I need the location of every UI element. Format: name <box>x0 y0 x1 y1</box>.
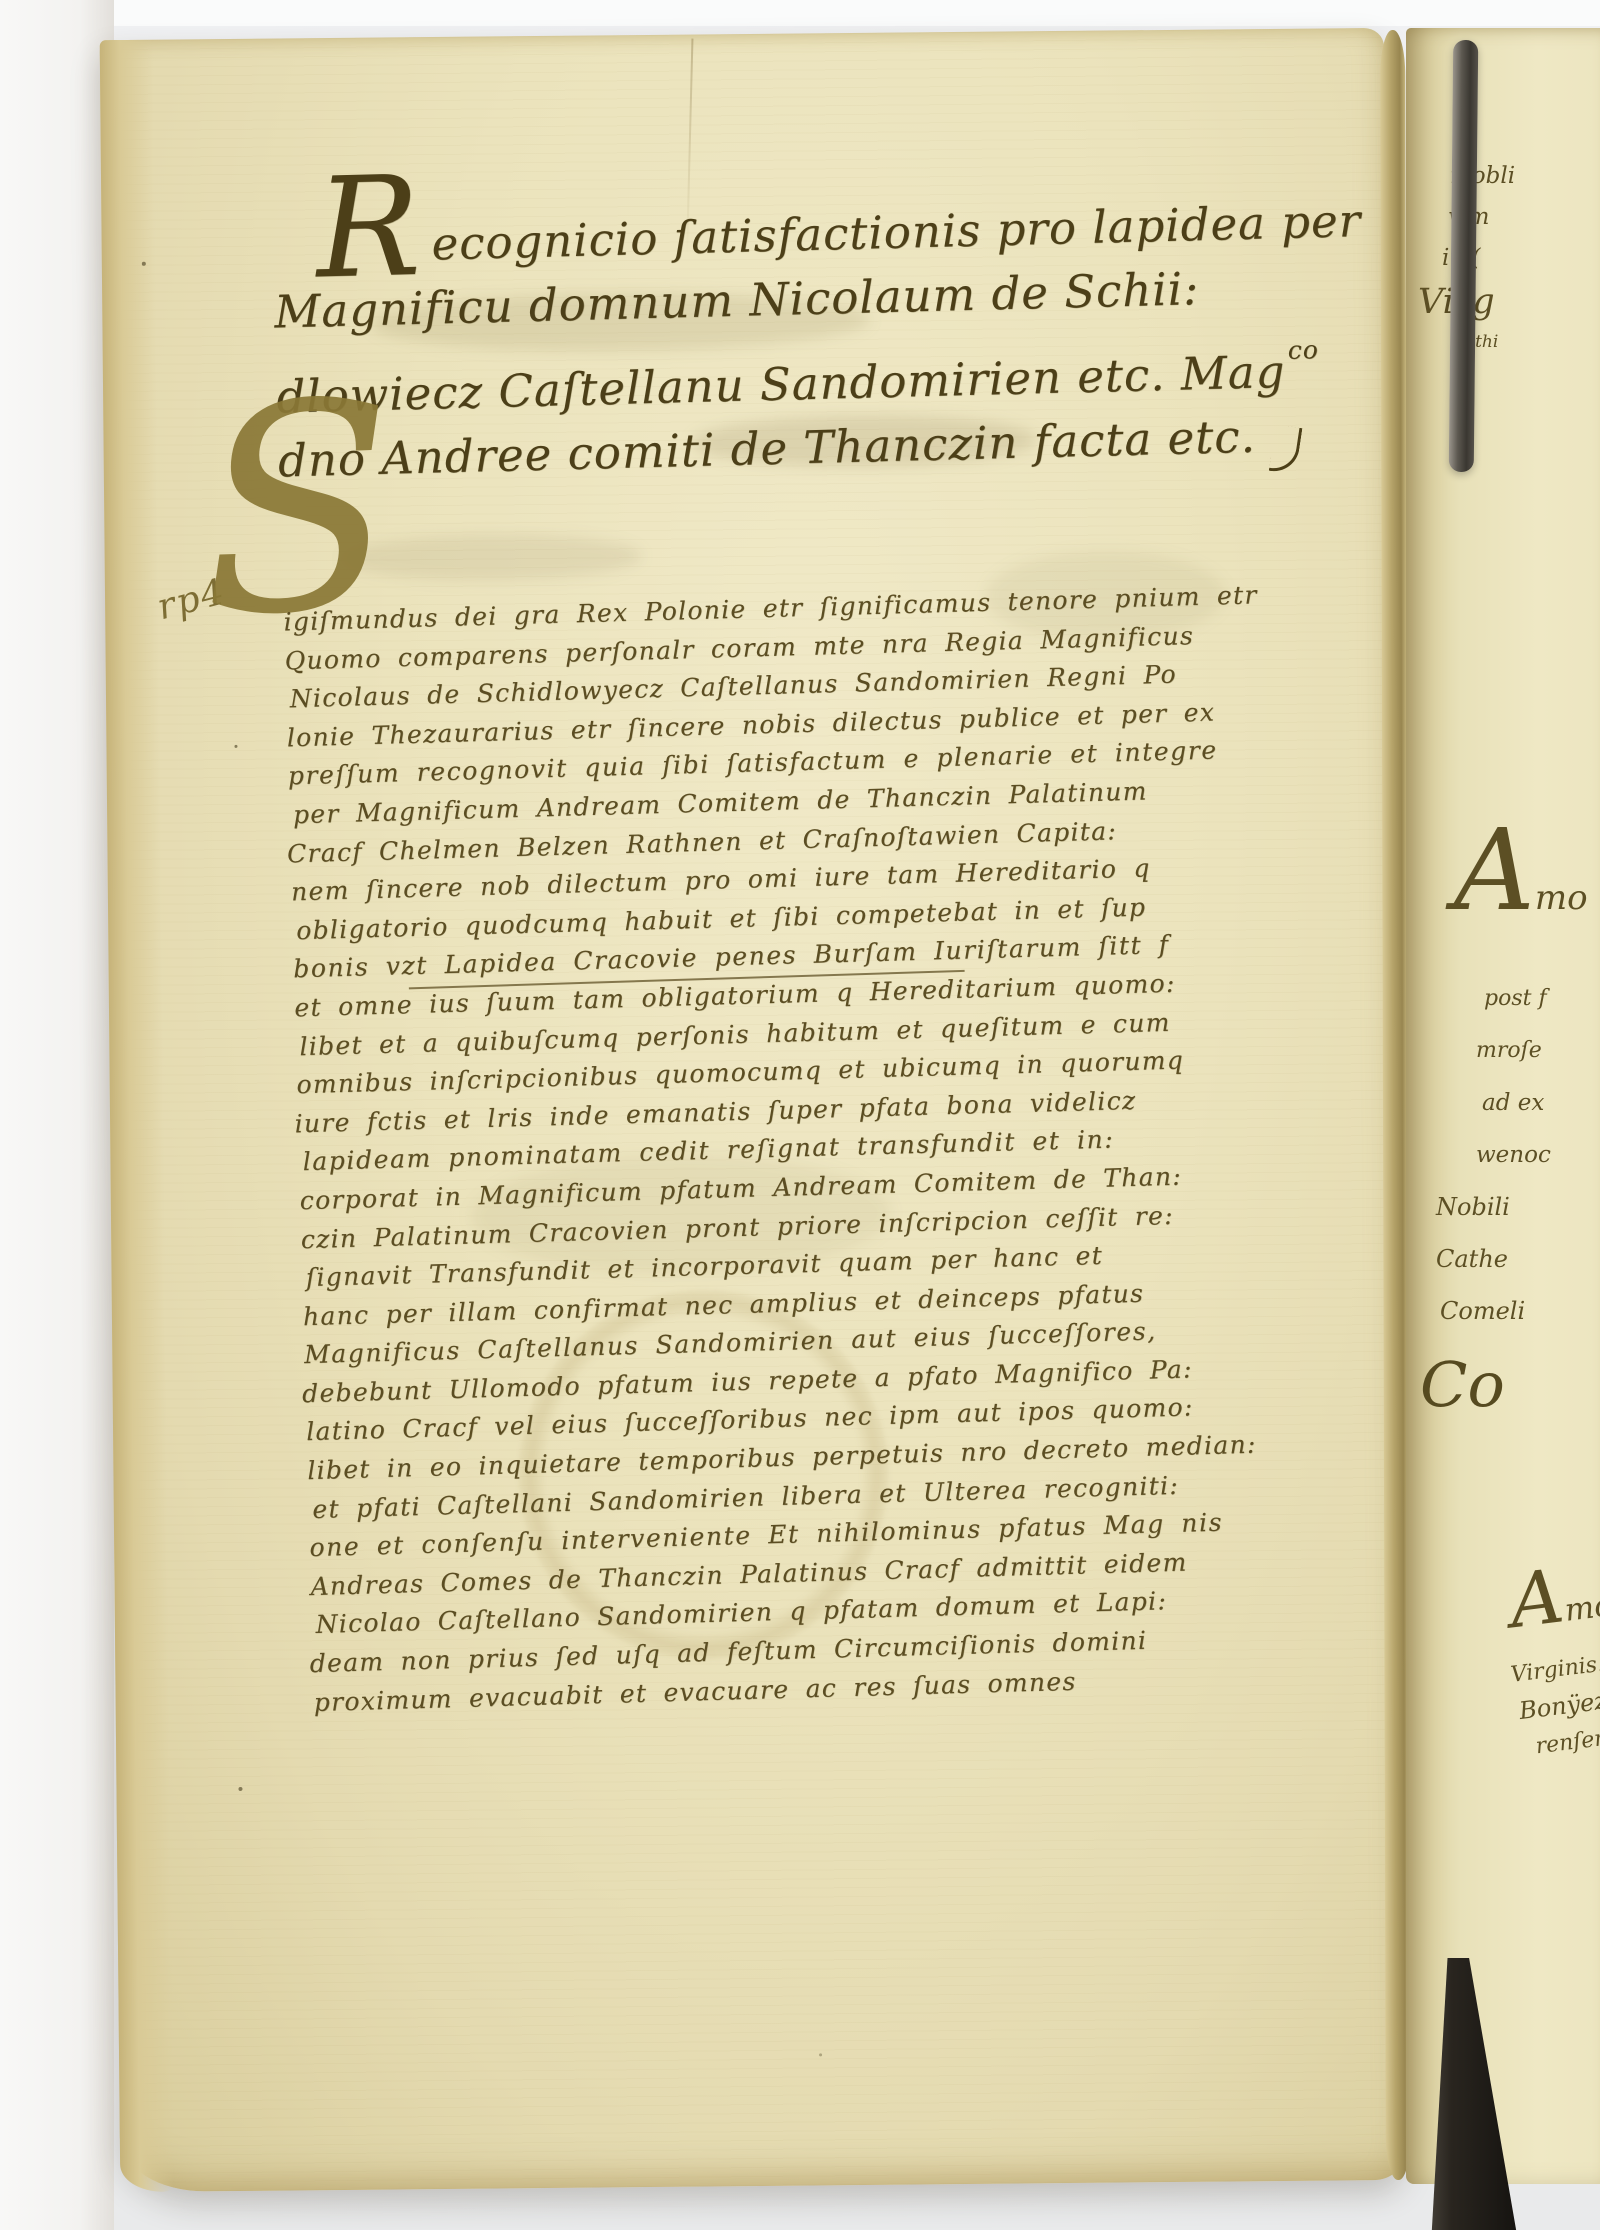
facing-page-fragments-bottom: Amo cVirginis. SBonÿezkirenſem an <box>1406 1552 1600 1778</box>
facing-page-fragment: ad ex <box>1482 1077 1600 1129</box>
photo-background: Recognicio ſatisfactionis pro lapidea pe… <box>0 0 1600 2230</box>
facing-page-fragment: Amo <box>1454 796 1600 973</box>
facing-page-fragment: Cathe <box>1436 1233 1600 1285</box>
ink-speck <box>142 262 146 266</box>
pen-flourish <box>1269 424 1303 474</box>
heading-block: Recognicio ſatisfactionis pro lapidea pe… <box>271 157 1358 493</box>
binding-rod <box>1449 40 1479 472</box>
drop-cap-r: R <box>315 195 421 262</box>
facing-page-fragment: post f <box>1484 973 1600 1025</box>
ink-speck <box>238 1787 242 1791</box>
photo-left-margin <box>0 0 114 2230</box>
facing-page-fragment: Vizg <box>1418 279 1600 325</box>
facing-page-fragment: Nobili <box>1436 1181 1600 1233</box>
photo-top-margin <box>0 0 1600 26</box>
facing-page-fragment: Co <box>1420 1337 1600 1433</box>
heading-superscript: co <box>1287 335 1319 365</box>
facing-page-fragment: mroſe <box>1476 1025 1600 1077</box>
facing-page-fragment: Comeli <box>1440 1285 1600 1337</box>
facing-page: mobliwmin (Vizganthi Amopost fmroſead ex… <box>1406 28 1600 2184</box>
facing-page-fragment: Amo c <box>1505 1552 1600 1656</box>
facing-page-fragments-top: mobliwmin (Vizganthi <box>1406 156 1600 359</box>
ink-speck <box>819 2053 822 2056</box>
ink-speck <box>234 745 237 748</box>
facing-page-fragment: wenoc <box>1476 1129 1600 1181</box>
body-text: igiſmundus dei gra Rex Polonie etr ſigni… <box>283 576 1314 1723</box>
facing-page-fragment: anthi <box>1454 325 1600 359</box>
manuscript-left-page: Recognicio ſatisfactionis pro lapidea pe… <box>100 28 1405 2192</box>
facing-page-fragments-middle: Amopost fmroſead exwenocNobiliCatheComel… <box>1406 796 1600 1433</box>
